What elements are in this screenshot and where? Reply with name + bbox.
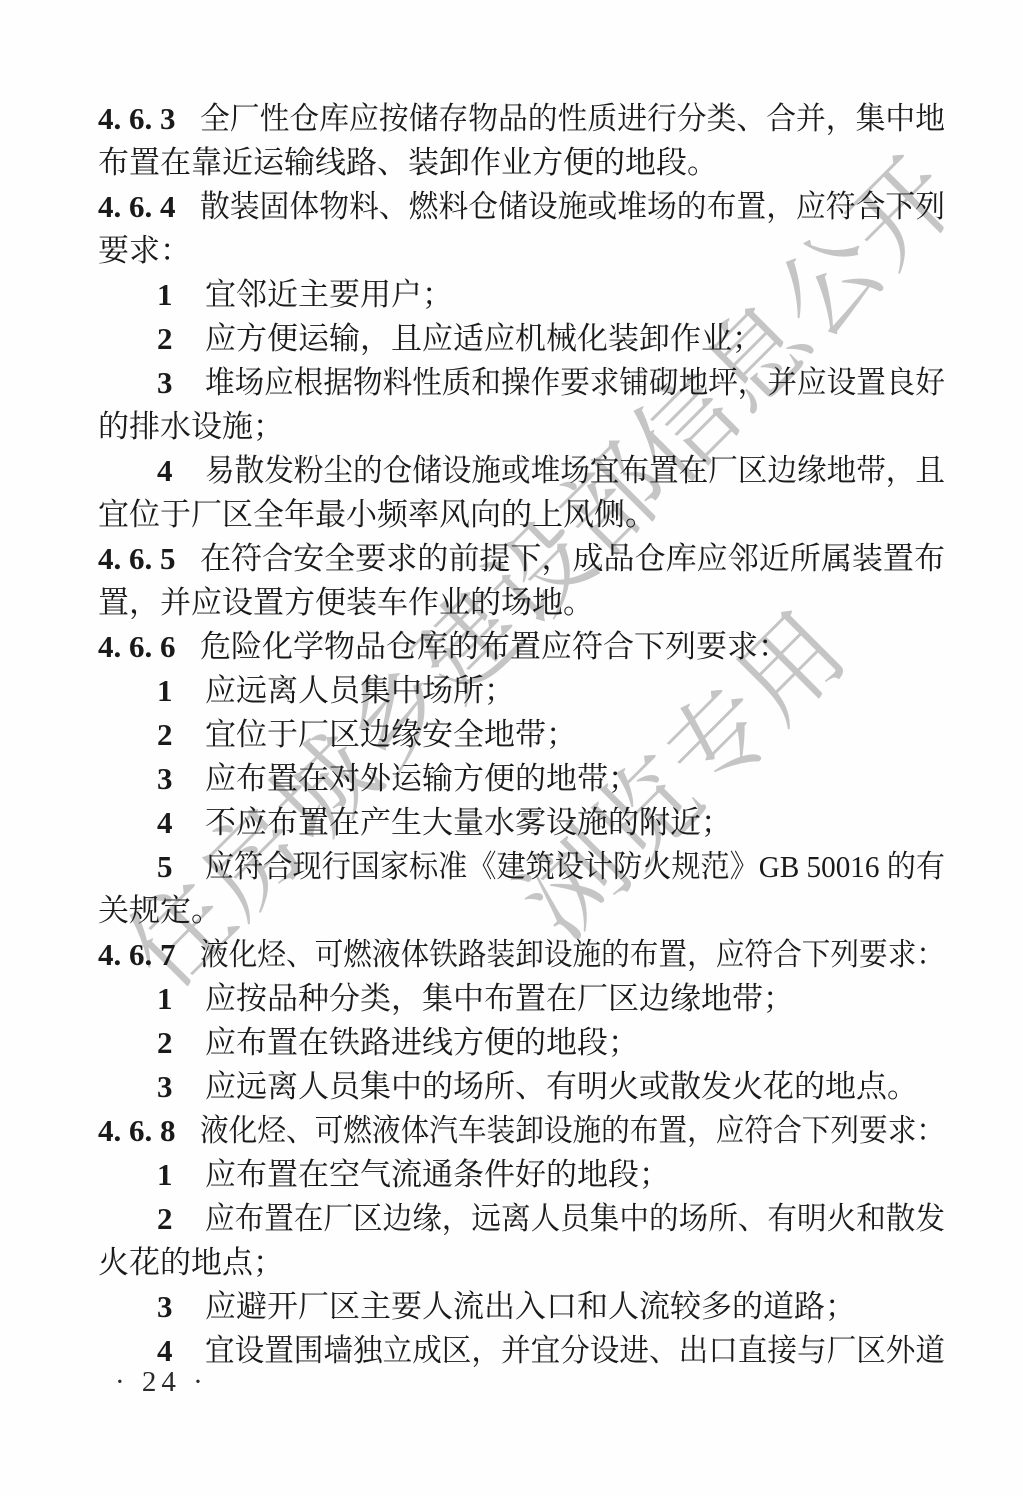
item-number: 1 [157,1153,205,1197]
line-text: 不应布置在产生大量水雾设施的附近； [205,801,732,845]
item-number: 3 [157,757,205,801]
item-number: 2 [157,1021,205,1065]
text-line: 2应布置在厂区边缘，远离人员集中的场所、有明火和散发 [157,1197,980,1241]
line-text: 应方便运输，且应适应机械化装卸作业； [205,317,763,361]
item-number: 3 [157,1065,205,1109]
text-line: 1应按品种分类，集中布置在厂区边缘地带； [157,977,794,1021]
line-text: 应布置在厂区边缘，远离人员集中的场所、有明火和散发 [205,1197,945,1241]
line-text: 置，并应设置方便装车作业的场地。 [98,581,594,625]
line-text: 布置在靠近运输线路、装卸作业方便的地段。 [98,141,718,185]
text-line: 4. 6. 4散装固体物料、燃料仓储设施或堆场的布置，应符合下列 [98,185,975,229]
line-text: 在符合安全要求的前提下，成品仓库应邻近所属装置布 [200,537,945,581]
text-line: 火花的地点； [98,1241,284,1285]
line-text: 应避开厂区主要人流出入口和人流较多的道路； [205,1285,856,1329]
document-body: 4. 6. 3全厂性仓库应按储存物品的性质进行分类、合并，集中地布置在靠近运输线… [0,0,1023,1496]
line-text: 液化烃、可燃液体汽车装卸设施的布置，应符合下列要求： [200,1109,945,1153]
line-text: 应布置在对外运输方便的地带； [205,757,639,801]
clause-number: 4. 6. 3 [98,97,200,141]
text-line: 4. 6. 6危险化学物品仓库的布置应符合下列要求： [98,625,789,669]
text-line: 2应布置在铁路进线方便的地段； [157,1021,639,1065]
line-text: 散装固体物料、燃料仓储设施或堆场的布置，应符合下列 [200,185,945,229]
text-line: 3应远离人员集中的场所、有明火或散发火花的地点。 [157,1065,918,1109]
line-text: 堆场应根据物料性质和操作要求铺砌地坪，并应设置良好 [205,361,945,405]
text-line: 置，并应设置方便装车作业的场地。 [98,581,594,625]
item-number: 4 [157,449,205,493]
text-line: 要求： [98,229,191,273]
text-line: 2应方便运输，且应适应机械化装卸作业； [157,317,763,361]
line-text: 应布置在铁路进线方便的地段； [205,1021,639,1065]
scanned-standard-page: 住房城乡建设部信息公开 浏览专用 4. 6. 3全厂性仓库应按储存物品的性质进行… [0,0,1023,1496]
text-line: 4. 6. 5在符合安全要求的前提下，成品仓库应邻近所属装置布 [98,537,944,581]
text-line: 4宜设置围墙独立成区，并宜分设进、出口直接与厂区外道 [157,1329,980,1373]
text-line: 1应远离人员集中场所； [157,669,515,713]
item-number: 2 [157,713,205,757]
text-line: 关规定。 [98,889,222,933]
item-number: 3 [157,361,205,405]
item-number: 2 [157,1197,205,1241]
clause-number: 4. 6. 5 [98,537,200,581]
item-number: 4 [157,801,205,845]
line-text: 应远离人员集中的场所、有明火或散发火花的地点。 [205,1065,918,1109]
text-line: 布置在靠近运输线路、装卸作业方便的地段。 [98,141,718,185]
line-text: 应按品种分类，集中布置在厂区边缘地带； [205,977,794,1021]
text-line: 1应布置在空气流通条件好的地段； [157,1153,670,1197]
line-text: 宜设置围墙独立成区，并宜分设进、出口直接与厂区外道 [205,1329,945,1373]
item-number: 1 [157,669,205,713]
line-text: 要求： [98,229,191,273]
text-line: 的排水设施； [98,405,284,449]
page-number: · 24 · [115,1366,208,1399]
line-text: 应布置在空气流通条件好的地段； [205,1153,670,1197]
clause-number: 4. 6. 8 [98,1109,200,1153]
text-line: 4. 6. 3全厂性仓库应按储存物品的性质进行分类、合并，集中地 [98,97,975,141]
text-line: 3应布置在对外运输方便的地带； [157,757,639,801]
text-line: 宜位于厂区全年最小频率风向的上风侧。 [98,493,656,537]
item-number: 1 [157,977,205,1021]
text-line: 4. 6. 7液化烃、可燃液体铁路装卸设施的布置，应符合下列要求： [98,933,1006,977]
clause-number: 4. 6. 4 [98,185,200,229]
item-number: 1 [157,273,205,317]
item-number: 3 [157,1285,205,1329]
text-line: 5应符合现行国家标准《建筑设计防火规范》GB 50016 的有 [157,845,992,889]
line-text: 火花的地点； [98,1241,284,1285]
line-text: 全厂性仓库应按储存物品的性质进行分类、合并，集中地 [200,97,945,141]
clause-number: 4. 6. 6 [98,625,200,669]
clause-number: 4. 6. 7 [98,933,200,977]
text-line: 1宜邻近主要用户； [157,273,453,317]
line-text: 应远离人员集中场所； [205,669,515,713]
line-text: 的排水设施； [98,405,284,449]
line-text: 宜位于厂区边缘安全地带； [205,713,577,757]
item-number: 2 [157,317,205,361]
line-text: 宜邻近主要用户； [205,273,453,317]
line-text: 危险化学物品仓库的布置应符合下列要求： [200,625,789,669]
item-number: 5 [157,845,205,889]
text-line: 3应避开厂区主要人流出入口和人流较多的道路； [157,1285,856,1329]
line-text: 宜位于厂区全年最小频率风向的上风侧。 [98,493,656,537]
text-line: 4易散发粉尘的仓储设施或堆场宜布置在厂区边缘地带，且 [157,449,980,493]
text-line: 3堆场应根据物料性质和操作要求铺砌地坪，并应设置良好 [157,361,980,405]
line-text: 易散发粉尘的仓储设施或堆场宜布置在厂区边缘地带，且 [205,449,945,493]
line-text: 液化烃、可燃液体铁路装卸设施的布置，应符合下列要求： [200,933,945,977]
text-line: 4不应布置在产生大量水雾设施的附近； [157,801,732,845]
line-text: 应符合现行国家标准《建筑设计防火规范》GB 50016 的有 [205,845,945,889]
text-line: 4. 6. 8液化烃、可燃液体汽车装卸设施的布置，应符合下列要求： [98,1109,1006,1153]
line-text: 关规定。 [98,889,222,933]
text-line: 2宜位于厂区边缘安全地带； [157,713,577,757]
